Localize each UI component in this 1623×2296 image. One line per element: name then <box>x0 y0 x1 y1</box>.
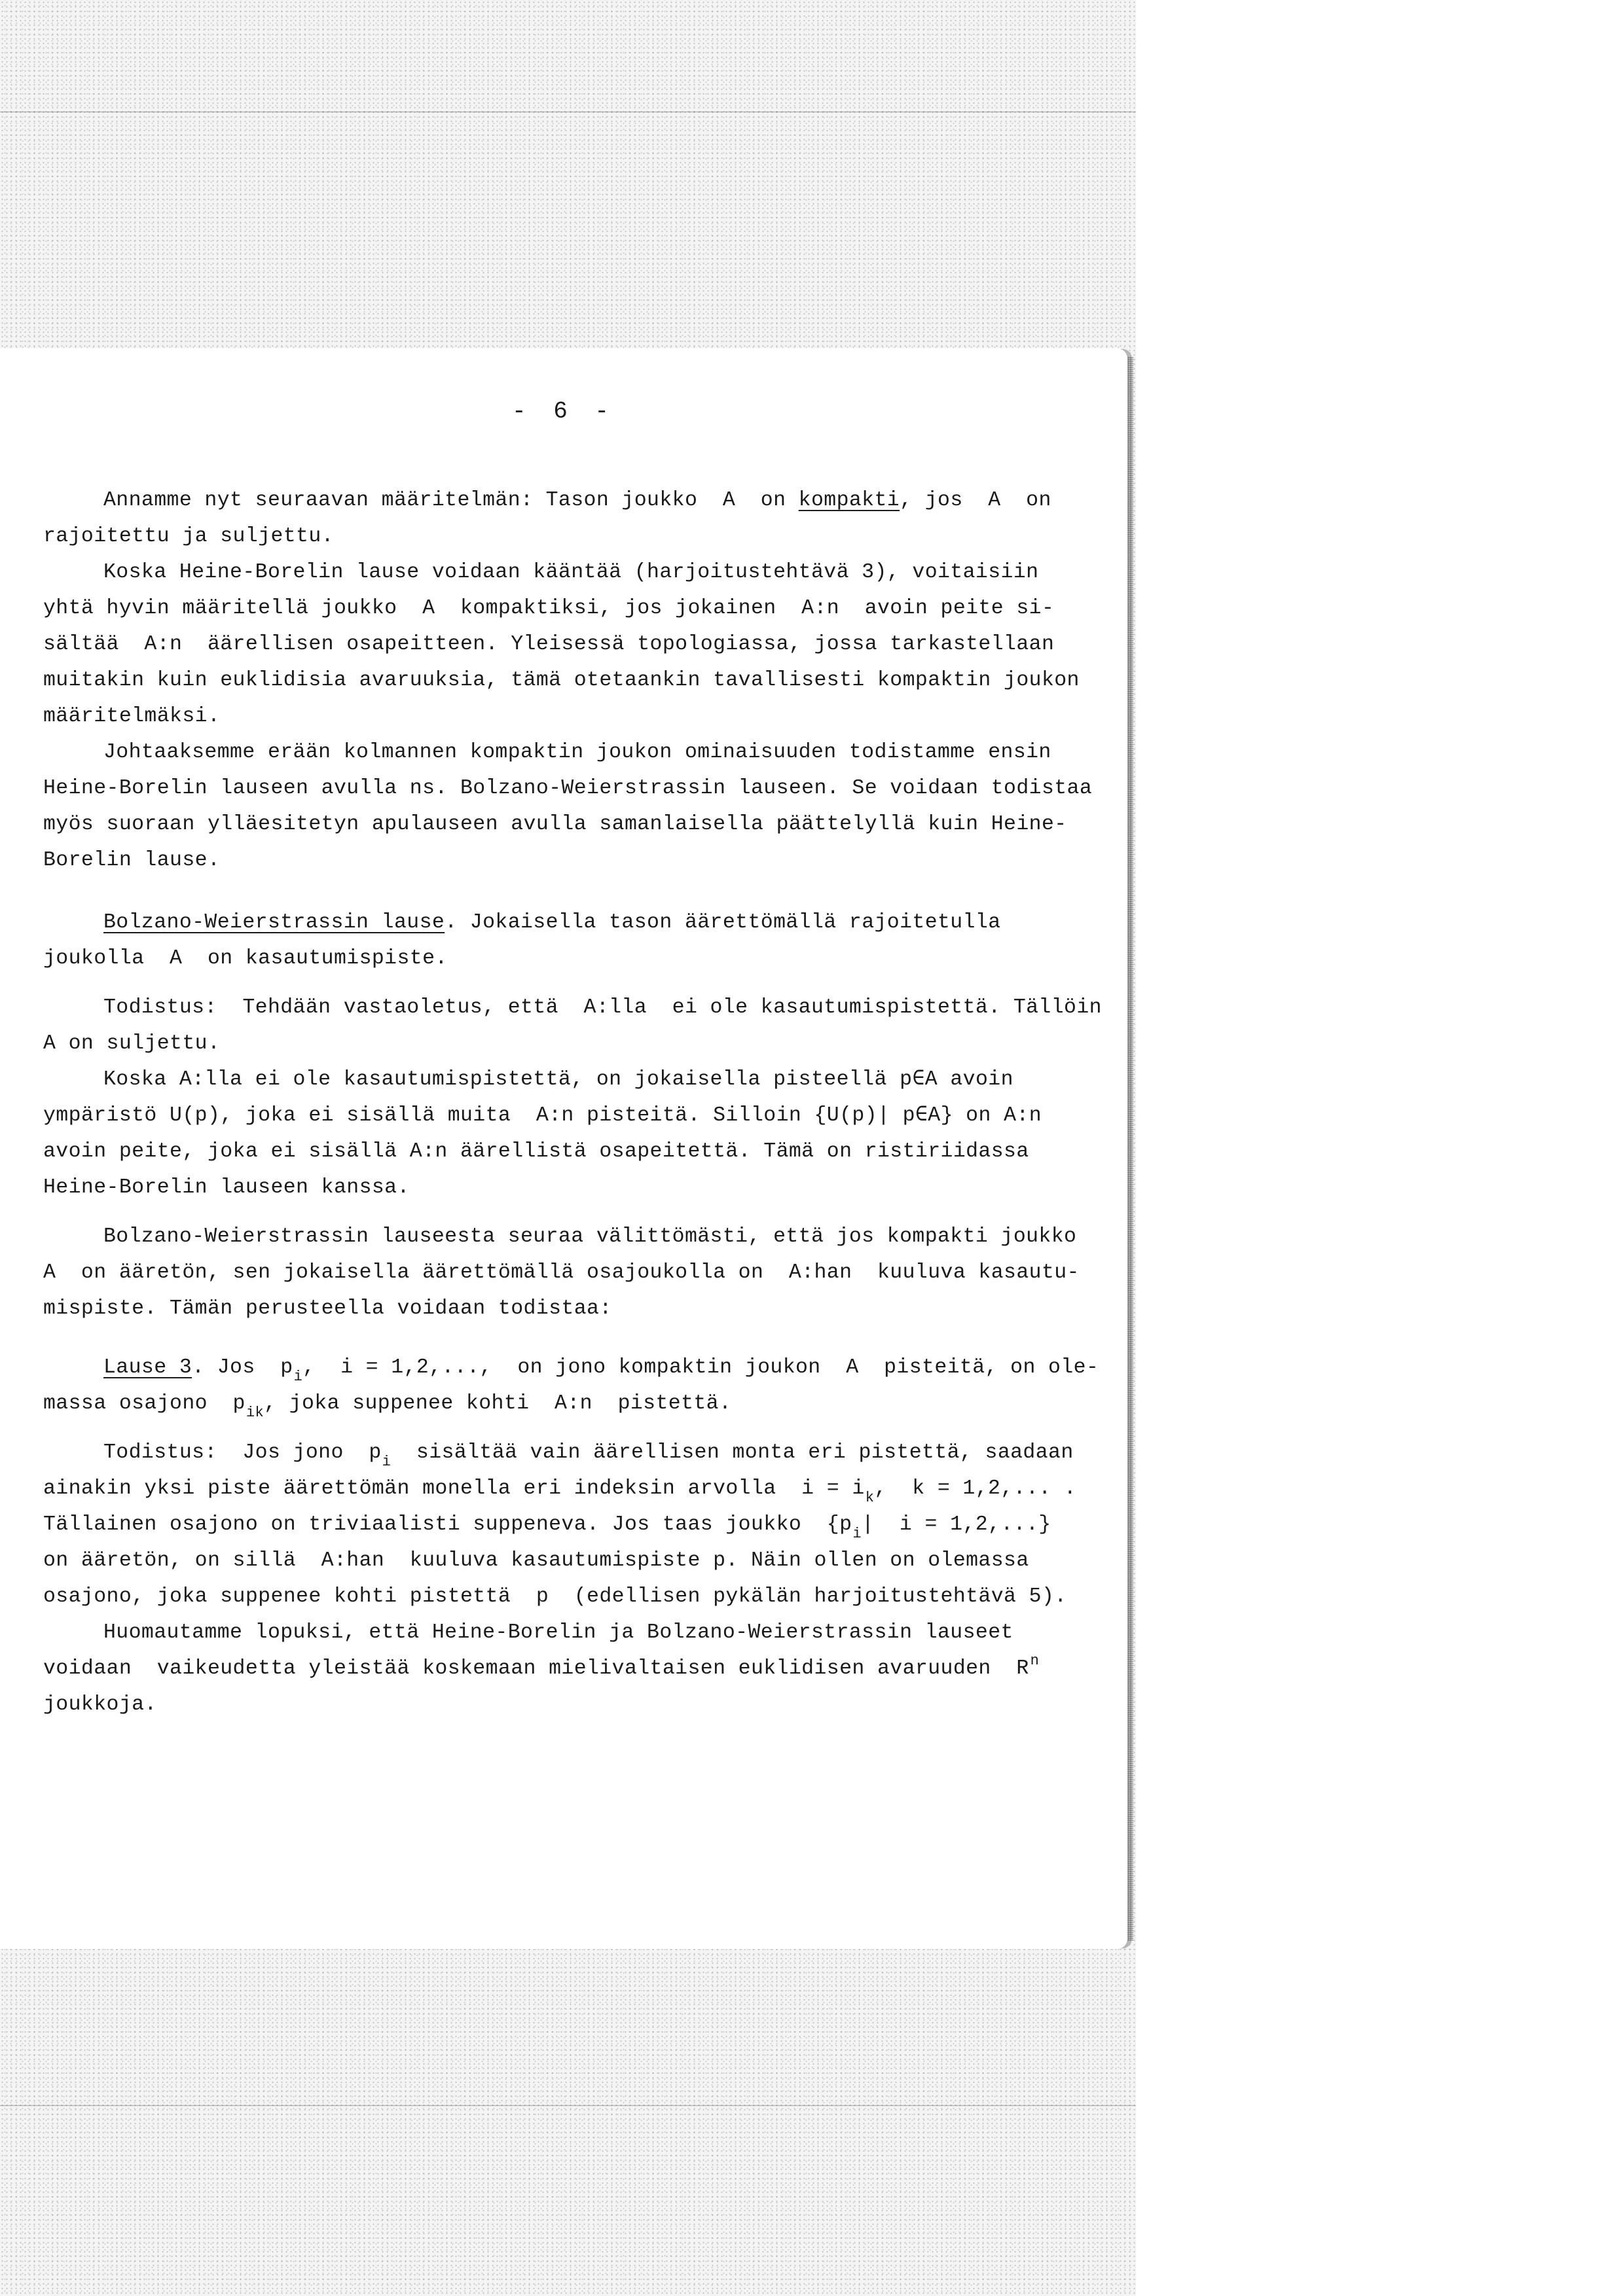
text: , i = 1,2,..., on jono kompaktin joukon … <box>302 1356 1099 1379</box>
text-line: Heine-Borelin lauseen avulla ns. Bolzano… <box>43 776 1092 802</box>
text-line: ainakin yksi piste äärettömän monella er… <box>43 1476 1076 1503</box>
text: sisältää vain äärellisen monta eri piste… <box>391 1441 1073 1464</box>
page-edge-shadow <box>1127 357 1134 1941</box>
theorem-title: Bolzano-Weierstrassin lause <box>103 911 445 934</box>
text-line: joukkoja. <box>43 1692 157 1718</box>
text-line: myös suoraan ylläesitetyn apulauseen avu… <box>43 812 1067 838</box>
text: voidaan vaikeudetta yleistää koskemaan m… <box>43 1657 1029 1680</box>
text-line: Borelin lause. <box>43 848 220 874</box>
text-line: rajoitettu ja suljettu. <box>43 524 334 550</box>
text: , k = 1,2,... . <box>874 1477 1076 1500</box>
text: Tällainen osajono on triviaalisti suppen… <box>43 1513 852 1536</box>
text: . Jokaisella tason äärettömällä rajoitet… <box>445 911 1000 934</box>
text-line: mispiste. Tämän perusteella voidaan todi… <box>43 1296 612 1322</box>
scan-artifact-line <box>0 111 1136 113</box>
subscript: k <box>866 1490 875 1506</box>
scan-artifact-line <box>0 2105 1136 2106</box>
text-line: muitakin kuin euklidisia avaruuksia, täm… <box>43 668 1080 694</box>
text-line: joukolla A on kasautumispiste. <box>43 946 448 972</box>
theorem-statement: Bolzano-Weierstrassin lause. Jokaisella … <box>103 910 1001 936</box>
text-line: on ääretön, on sillä A:han kuuluva kasau… <box>43 1548 1029 1574</box>
text: ainakin yksi piste äärettömän monella er… <box>43 1477 865 1500</box>
page-number: - 6 - <box>0 398 1127 425</box>
text-line: A on suljettu. <box>43 1031 220 1057</box>
text-line: määritelmäksi. <box>43 704 220 730</box>
subscript: i <box>852 1526 862 1542</box>
text-line: Heine-Borelin lauseen kanssa. <box>43 1175 410 1201</box>
text: . Jos p <box>192 1356 293 1379</box>
text-line: osajono, joka suppenee kohti pistettä p … <box>43 1584 1067 1610</box>
text-line: sältää A:n äärellisen osapeitteen. Yleis… <box>43 632 1054 658</box>
subscript: i <box>382 1454 392 1470</box>
text-line: yhtä hyvin määritellä joukko A kompaktik… <box>43 596 1054 622</box>
text-line: Johtaaksemme erään kolmannen kompaktin j… <box>103 740 1051 766</box>
text: , joka suppenee kohti A:n pistettä. <box>264 1392 731 1415</box>
text-line: voidaan vaikeudetta yleistää koskemaan m… <box>43 1656 1039 1683</box>
text-line: Koska A:lla ei ole kasautumispistettä, o… <box>103 1067 1013 1093</box>
subscript: ik <box>246 1405 264 1421</box>
text-line: Koska Heine-Borelin lause voidaan kääntä… <box>103 560 1038 586</box>
theorem-title: Lause 3 <box>103 1356 192 1379</box>
definition-line: Annamme nyt seuraavan määritelmän: Tason… <box>103 488 1051 514</box>
text: , jos A on <box>900 489 1051 512</box>
text-line: Bolzano-Weierstrassin lauseesta seuraa v… <box>103 1224 1076 1250</box>
text-line: Tällainen osajono on triviaalisti suppen… <box>43 1512 1051 1539</box>
text: massa osajono p <box>43 1392 246 1415</box>
text-line: ympäristö U(p), joka ei sisällä muita A:… <box>43 1103 1042 1129</box>
text-line: A on ääretön, sen jokaisella äärettömäll… <box>43 1260 1080 1286</box>
text: Todistus: Jos jono p <box>103 1441 382 1464</box>
text-line: massa osajono pik, joka suppenee kohti A… <box>43 1391 731 1418</box>
proof-line: Todistus: Tehdään vastaoletus, että A:ll… <box>103 995 1102 1021</box>
theorem-statement: Lause 3. Jos pi, i = 1,2,..., on jono ko… <box>103 1355 1099 1382</box>
text: Annamme nyt seuraavan määritelmän: Tason… <box>103 489 799 512</box>
text-line: avoin peite, joka ei sisällä A:n äärelli… <box>43 1139 1029 1165</box>
defined-term: kompakti <box>799 489 900 512</box>
subscript: i <box>294 1369 303 1385</box>
text-line: Huomautamme lopuksi, että Heine-Borelin … <box>103 1620 1013 1646</box>
text: | i = 1,2,...} <box>862 1513 1051 1536</box>
proof-line: Todistus: Jos jono pi sisältää vain ääre… <box>103 1440 1074 1467</box>
superscript: n <box>1030 1653 1040 1669</box>
